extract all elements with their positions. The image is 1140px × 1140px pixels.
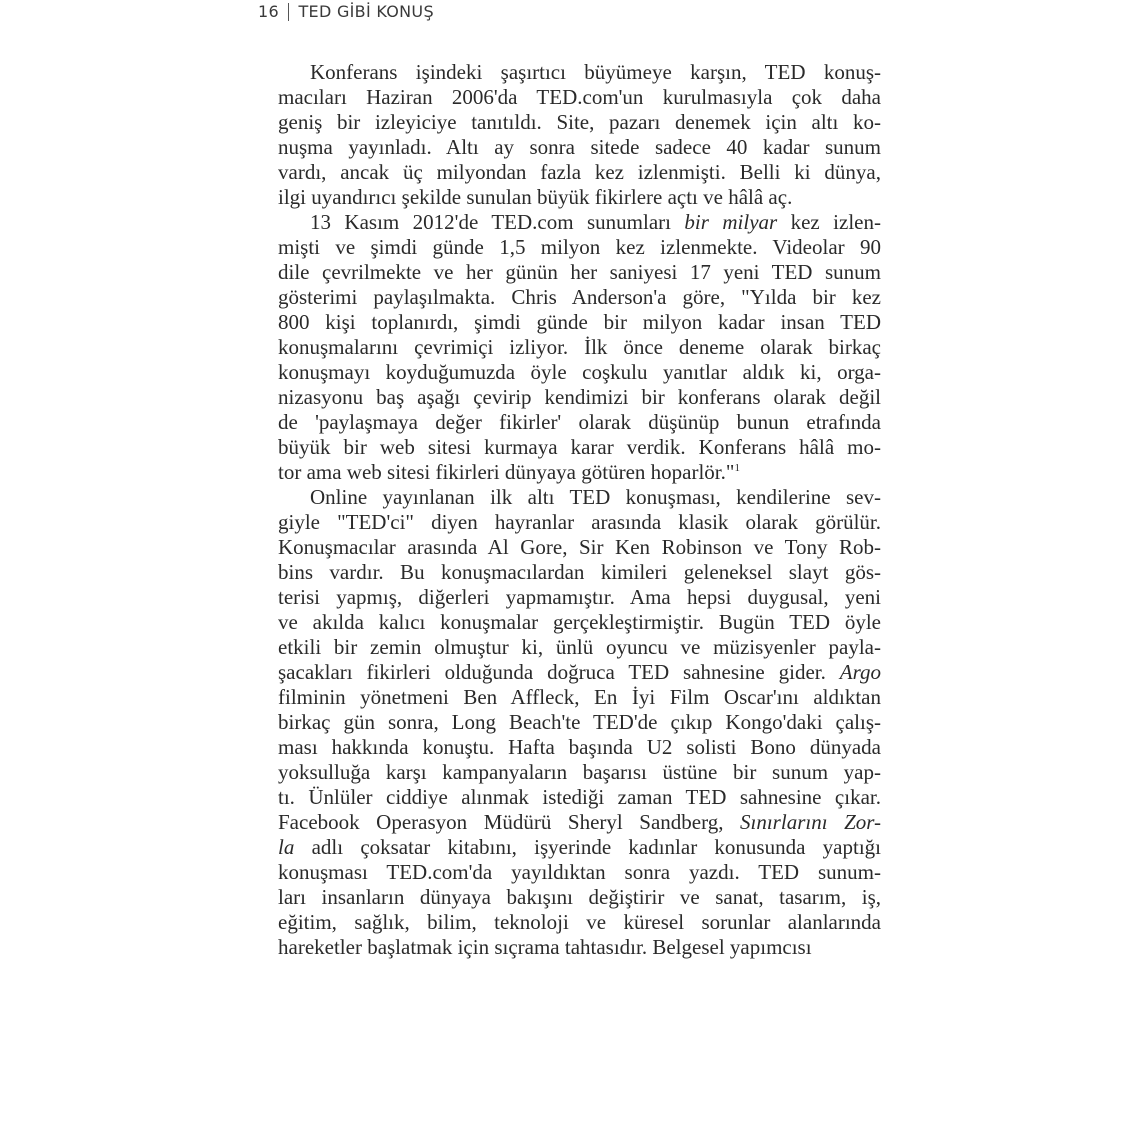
text-line: filminin yönetmeni Ben Affleck, En İyi F… xyxy=(278,685,881,710)
body-text: Konferans işindeki şaşırtıcı büyümeye ka… xyxy=(278,60,881,960)
text-line: la adlı çoksatar kitabını, işyerinde kad… xyxy=(278,835,881,860)
text-line: konuşması TED.com'da yayıldıktan sonra y… xyxy=(278,860,881,885)
text-line: şacakları fikirleri olduğunda doğruca TE… xyxy=(278,660,881,685)
page-number: 16 xyxy=(258,2,279,21)
text-line: dile çevrilmekte ve her günün her saniye… xyxy=(278,260,881,285)
text-line: hareketler başlatmak için sıçrama tahtas… xyxy=(278,935,881,960)
text-line: yoksulluğa karşı kampanyaların başarısı … xyxy=(278,760,881,785)
text-line: gösterimi paylaşılmakta. Chris Anderson'… xyxy=(278,285,881,310)
paragraph: Konferans işindeki şaşırtıcı büyümeye ka… xyxy=(278,60,881,210)
text-line: geniş bir izleyiciye tanıtıldı. Site, pa… xyxy=(278,110,881,135)
paragraph: 13 Kasım 2012'de TED.com sunumları bir m… xyxy=(278,210,881,485)
footnote-marker[interactable]: 1 xyxy=(734,462,740,474)
text-line: 13 Kasım 2012'de TED.com sunumları bir m… xyxy=(278,210,881,235)
text-line: de 'paylaşmaya değer fikirler' olarak dü… xyxy=(278,410,881,435)
text-line: büyük bir web sitesi kurmaya karar verdi… xyxy=(278,435,881,460)
text-line: giyle "TED'ci" diyen hayranlar arasında … xyxy=(278,510,881,535)
text-line: birkaç gün sonra, Long Beach'te TED'de ç… xyxy=(278,710,881,735)
text-line: mişti ve şimdi günde 1,5 milyon kez izle… xyxy=(278,235,881,260)
book-title: TED GİBİ KONUŞ xyxy=(298,2,433,21)
text-line: Facebook Operasyon Müdürü Sheryl Sandber… xyxy=(278,810,881,835)
text-line: etkili bir zemin olmuştur ki, ünlü oyunc… xyxy=(278,635,881,660)
text-line: ları insanların dünyaya bakışını değişti… xyxy=(278,885,881,910)
text-line: ilgi uyandırıcı şekilde sunulan büyük fi… xyxy=(278,185,881,210)
text-line: vardı, ancak üç milyondan fazla kez izle… xyxy=(278,160,881,185)
text-line: ve akılda kalıcı konuşmalar gerçekleştir… xyxy=(278,610,881,635)
text-line: terisi yapmış, diğerleri yapmamıştır. Am… xyxy=(278,585,881,610)
text-line: nuşma yayınladı. Altı ay sonra sitede sa… xyxy=(278,135,881,160)
text-line: Online yayınlanan ilk altı TED konuşması… xyxy=(278,485,881,510)
paragraph: Online yayınlanan ilk altı TED konuşması… xyxy=(278,485,881,960)
text-line: ması hakkında konuştu. Hafta başında U2 … xyxy=(278,735,881,760)
text-line: macıları Haziran 2006'da TED.com'un kuru… xyxy=(278,85,881,110)
text-line: konuşmayı koyduğumuzda öyle coşkulu yanı… xyxy=(278,360,881,385)
text-line: eğitim, sağlık, bilim, teknoloji ve küre… xyxy=(278,910,881,935)
text-line: konuşmalarını çevrimiçi izliyor. İlk önc… xyxy=(278,335,881,360)
text-line: 800 kişi toplanırdı, şimdi günde bir mil… xyxy=(278,310,881,335)
text-line: tor ama web sitesi fikirleri dünyaya göt… xyxy=(278,460,881,485)
text-line: Konuşmacılar arasında Al Gore, Sir Ken R… xyxy=(278,535,881,560)
text-line: bins vardır. Bu konuşmacılardan kimileri… xyxy=(278,560,881,585)
text-line: Konferans işindeki şaşırtıcı büyümeye ka… xyxy=(278,60,881,85)
running-head: 16 TED GİBİ KONUŞ xyxy=(258,2,434,21)
text-line: tı. Ünlüler ciddiye alınmak istediği zam… xyxy=(278,785,881,810)
header-separator xyxy=(288,3,290,21)
text-line: nizasyonu baş aşağı çevirip kendimizi bi… xyxy=(278,385,881,410)
